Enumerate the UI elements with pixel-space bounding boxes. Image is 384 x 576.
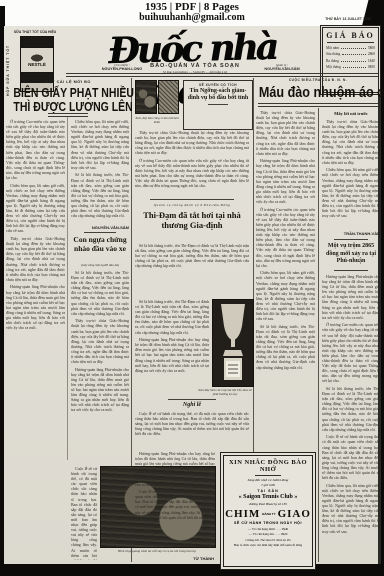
left-article-headline: BIÊN GIẤY PHẠT NHIỀU THÌ ĐƯỢC LƯƠNG LÊN: [3, 86, 133, 114]
main-headline-underline: [258, 103, 378, 107]
price-value: 5$00: [368, 46, 375, 50]
mid-photo-pair: [135, 80, 179, 114]
ad-line5: SẼ CỬ HÀNH TRONG NGÀY HỘI: [221, 521, 315, 525]
body-paragraph: Cuộc lễ sẽ cử hành rất trọng thể, có đủ …: [135, 489, 215, 520]
ad-line7: — Vô cửa hạng nhì . . . . 0$20: [221, 532, 315, 536]
body-paragraph: Số là hồi tháng trước, tên Thi-Đạm có đá…: [322, 386, 380, 432]
divider-rule: [334, 270, 368, 271]
body-paragraph: Hương-quản làng Phú-nhuận cho hay rằng k…: [322, 274, 380, 320]
body-paragraph: Hương-quản làng Phú-nhuận cho hay rằng k…: [256, 158, 315, 204]
burglary-subhead: Một vụ trộm 2865 đồng mới xảy ra tại Phú…: [322, 243, 380, 266]
body-paragraph: Chiều hôm qua, lối năm giờ rưỡi, một chi…: [71, 119, 129, 170]
main-lead: Mấy lời nói trước: [322, 111, 380, 116]
body-paragraph: Ở trương Cao-miên các quan trên vừa sức …: [135, 158, 249, 189]
manager-block: Quản lý : NGUYỄN-VĂN-SÂM: [252, 63, 312, 71]
divider-rule: [150, 199, 234, 200]
newspaper-scan: 1935 | PDF | 8 Pages buihuuhanh@gmail.co…: [0, 0, 384, 576]
body-paragraph: Chiều hôm qua, lối năm giờ rưỡi, một chi…: [6, 183, 65, 234]
manager-name: NGUYỄN-VĂN-SÂM: [252, 67, 312, 71]
price-box-title: GIÁ BÁO: [321, 31, 380, 40]
body-paragraph: Số là hồi tháng trước, tên Thi-Đạm có đá…: [71, 172, 129, 218]
main-signature: TRẦN-THANH-VÂN: [322, 231, 380, 236]
left-col-a-body: Ở trương Cao-miên các quan trên vừa sức …: [6, 119, 65, 560]
ad-mid-word: ĐÁNH TỶ: [262, 512, 275, 516]
body-paragraph: Ở trương Cao-miên các quan trên vừa sức …: [6, 119, 65, 180]
mid-photo-right: [158, 80, 179, 114]
dot-leader: [341, 61, 366, 62]
horse-subdeck: (Gãy cẳng một người đàn-bà): [71, 263, 129, 267]
left-article-kicker: MỘT CÁI LỆ MỚI BỔ: [6, 80, 130, 84]
mid-box-rule: [208, 104, 228, 105]
body-paragraph: Thầy trụ-trì chùa Giác-Hoàng thuật lại r…: [322, 119, 380, 165]
body-paragraph: Ở trương Cao-miên các quan trên vừa sức …: [256, 207, 315, 268]
thidam-body-c: Cuộc lễ sẽ cử hành rất trọng thể, có đủ …: [135, 411, 249, 449]
body-paragraph: Hương-quản làng Phú-nhuận cho hay rằng k…: [135, 451, 215, 487]
thidam-subhead: Nghi lễ: [135, 402, 249, 408]
ad-big-line: CHIM ĐÁNH TỶ GIAO: [221, 508, 315, 520]
ad-line4: đường Paul Blanchy số 139: [221, 502, 315, 506]
body-paragraph: Chiều hôm qua, lối năm giờ rưỡi, một chi…: [322, 167, 380, 218]
body-paragraph: Cuộc lễ sẽ cử hành rất trọng thể, có đủ …: [135, 411, 249, 436]
ad-line8: Chẳng nên Thể-thao Đ. Nam ký tên: [221, 538, 315, 542]
divider-rule: [168, 399, 216, 400]
watermark-strip: 1935 | PDF | 8 Pages buihuuhanh@gmail.co…: [0, 0, 384, 26]
horse-article-signature: TỪ THÀNH: [160, 556, 214, 561]
ad-rule: [255, 475, 281, 476]
main-col-b-body2: Hương-quản làng Phú-nhuận cho hay rằng k…: [322, 274, 380, 560]
ad-big-word1: CHIM: [225, 508, 260, 520]
body-paragraph: Cuộc lễ sẽ cử hành rất trọng thể, có đủ …: [322, 434, 380, 480]
trophy-photo-caption: Xem đây hình cái Cúp mà hội Thể-thao sẽ …: [198, 388, 252, 396]
trophy-cup-icon: [213, 300, 253, 386]
ad-line3: TẠI SÂN: [221, 489, 315, 493]
body-paragraph: Ở trương Cao-miên các quan trên vừa sức …: [322, 322, 380, 383]
price-label: Sáu tháng: [326, 52, 340, 56]
nest-logo-icon: [30, 54, 44, 62]
body-paragraph: Thầy trụ-trì chùa Giác-Hoàng thuật lại r…: [256, 110, 315, 156]
mid-photo-caption: Xem, đây báo công vi tàu mới khó khăn: [133, 116, 181, 124]
dot-leader: [341, 48, 366, 49]
column-rule-left-inner: [67, 116, 68, 460]
divider-rule: [334, 239, 368, 240]
masthead-rule: [66, 73, 378, 77]
left-headline-line1: BIÊN GIẤY PHẠT NHIỀU: [13, 86, 122, 100]
price-row: Sáu tháng2$60: [326, 52, 375, 56]
body-paragraph: Hương-quản làng Phú-nhuận cho hay rằng k…: [71, 367, 129, 413]
thidam-body-d: Hương-quản làng Phú-nhuận cho hay rằng k…: [135, 451, 215, 549]
mid-boxed-article: SẼ XUYÊN CỔ TÍCH Tin Ngỡng-sách giảm-đìn…: [183, 80, 253, 130]
price-label: Một tháng: [326, 65, 341, 69]
ad-line9: Ban tổ chức cuộc vui đêm nầy định chỗ xe…: [221, 543, 315, 547]
milk-ad-topline: SỮA THẬT TỐT CỦA HIỆU: [6, 30, 64, 34]
body-paragraph: Thầy trụ-trì chùa Giác-Hoàng thuật lại r…: [71, 318, 129, 364]
price-row: Một tháng0$50: [326, 65, 375, 69]
price-row: Ba tháng1$40: [326, 59, 375, 63]
price-value: 1$40: [368, 59, 375, 63]
price-label: Ba tháng: [326, 59, 339, 63]
main-headline: Máu đào nhuộm áo cà - sa: [259, 84, 373, 101]
crime-scene-photo-caption: Hình chụp quang cảnh tại chỗ xảy ra vụ á…: [100, 549, 214, 553]
main-kicker: CUỘC ĐIỀU-TRA CỦA Đ. N. N.: [255, 78, 381, 82]
ad-line2: 7 giờ rưỡi: [221, 483, 315, 487]
dot-leader: [342, 54, 366, 55]
date-line: THỨ BẢY 13 JUILLET 1935: [316, 17, 380, 21]
horse-body: Số là hồi tháng trước, tên Thi-Đạm có đá…: [71, 270, 129, 462]
body-paragraph: Số là hồi tháng trước, tên Thi-Đạm có đá…: [135, 243, 249, 268]
price-value: 0$50: [368, 65, 375, 69]
ad-line1: Sáng đến nhựt 14 Juillet đúng: [221, 478, 315, 482]
body-paragraph: Chiều hôm qua, lối năm giờ rưỡi, một chi…: [256, 270, 315, 321]
price-value: 2$60: [368, 52, 375, 56]
scan-edge-topleft: [0, 6, 5, 28]
horse-body-cont: Cuộc lễ sẽ cử hành rất trọng thể, có đủ …: [71, 466, 97, 560]
price-row: Một năm5$00: [326, 46, 375, 50]
body-paragraph: Số là hồi tháng trước, tên Thi-Đạm có đá…: [256, 324, 315, 370]
body-paragraph: Số là hồi tháng trước, tên Thi-Đạm có đá…: [135, 299, 209, 335]
thidam-headline: Thi-Đạm đã tắt hơi tại nhà thương Gia-đị…: [139, 210, 245, 230]
can-label: NESTLÉ: [21, 47, 53, 73]
can-top-band: [21, 37, 53, 47]
tennis-club-ad: XIN NHẮC ĐỒNG BÀO NHỚ Sáng đến nhựt 14 J…: [220, 452, 316, 570]
body-paragraph: Thầy trụ-trì chùa Giác-Hoàng thuật lại r…: [6, 236, 65, 282]
price-box-rule: [327, 42, 374, 43]
body-paragraph: Chiều hôm qua, lối năm giờ rưỡi, một chi…: [322, 483, 380, 534]
trophy-photo: [212, 299, 254, 387]
thidam-body-a: Số là hồi tháng trước, tên Thi-Đạm có đá…: [135, 243, 249, 297]
main-col-b-body1: Thầy trụ-trì chùa Giác-Hoàng thuật lại r…: [322, 119, 380, 229]
mid-body-top: Thầy trụ-trì chùa Giác-Hoàng thuật lại r…: [135, 130, 249, 196]
ad-club-name: « Saigon Tennis Club »: [221, 494, 315, 500]
mid-photo-left: [135, 80, 157, 114]
office-label: BẢO-QUÁN VÀ TÒA SOẠN: [140, 63, 250, 69]
ad-line6: — Vô cửa hạng nhứt . . . . 0$40: [221, 527, 315, 531]
body-paragraph: Cuộc lễ sẽ cử hành rất trọng thể, có đủ …: [71, 466, 97, 560]
left-headline-line2: THÌ ĐƯỢC LƯƠNG LÊN: [13, 100, 122, 114]
left-col-b-body: Chiều hôm qua, lối năm giờ rưỡi, một chi…: [71, 119, 129, 223]
body-paragraph: Thầy trụ-trì chùa Giác-Hoàng thuật lại r…: [135, 130, 249, 155]
body-paragraph: Hương-quản làng Phú-nhuận cho hay rằng k…: [135, 337, 209, 373]
body-paragraph: Hương-quản làng Phú-nhuận cho hay rằng k…: [6, 284, 65, 330]
thidam-kicker: Quanh vụ chồng đánh vợ ở Phú-lâm-Đông: [135, 203, 249, 207]
left-article-signature: NGUYỄN-VĂN-SÂM: [71, 225, 129, 230]
mid-box-headline: Tin Ngỡng-sách giảm-đình vụ bổ đầu bớt t…: [186, 88, 250, 102]
horse-headline: Con ngựa chứng nhào đầu vào xe: [71, 236, 129, 253]
divider-rule: [84, 232, 116, 233]
body-paragraph: Số là hồi tháng trước, tên Thi-Đạm có đá…: [71, 270, 129, 316]
scan-edge-bottom: [0, 564, 384, 576]
ad-big-word2: GIAO: [278, 508, 311, 520]
dot-leader: [343, 67, 366, 68]
headline-underline: [48, 113, 88, 117]
ad-title: XIN NHẮC ĐỒNG BÀO NHỚ: [221, 459, 315, 473]
price-label: Một năm: [326, 46, 339, 50]
column-rule-3: [318, 108, 319, 562]
mid-box-kicker: SẼ XUYÊN CỔ TÍCH: [186, 83, 250, 87]
can-brand: NESTLÉ: [28, 62, 46, 67]
main-col-a-body: Thầy trụ-trì chùa Giác-Hoàng thuật lại r…: [256, 110, 315, 448]
